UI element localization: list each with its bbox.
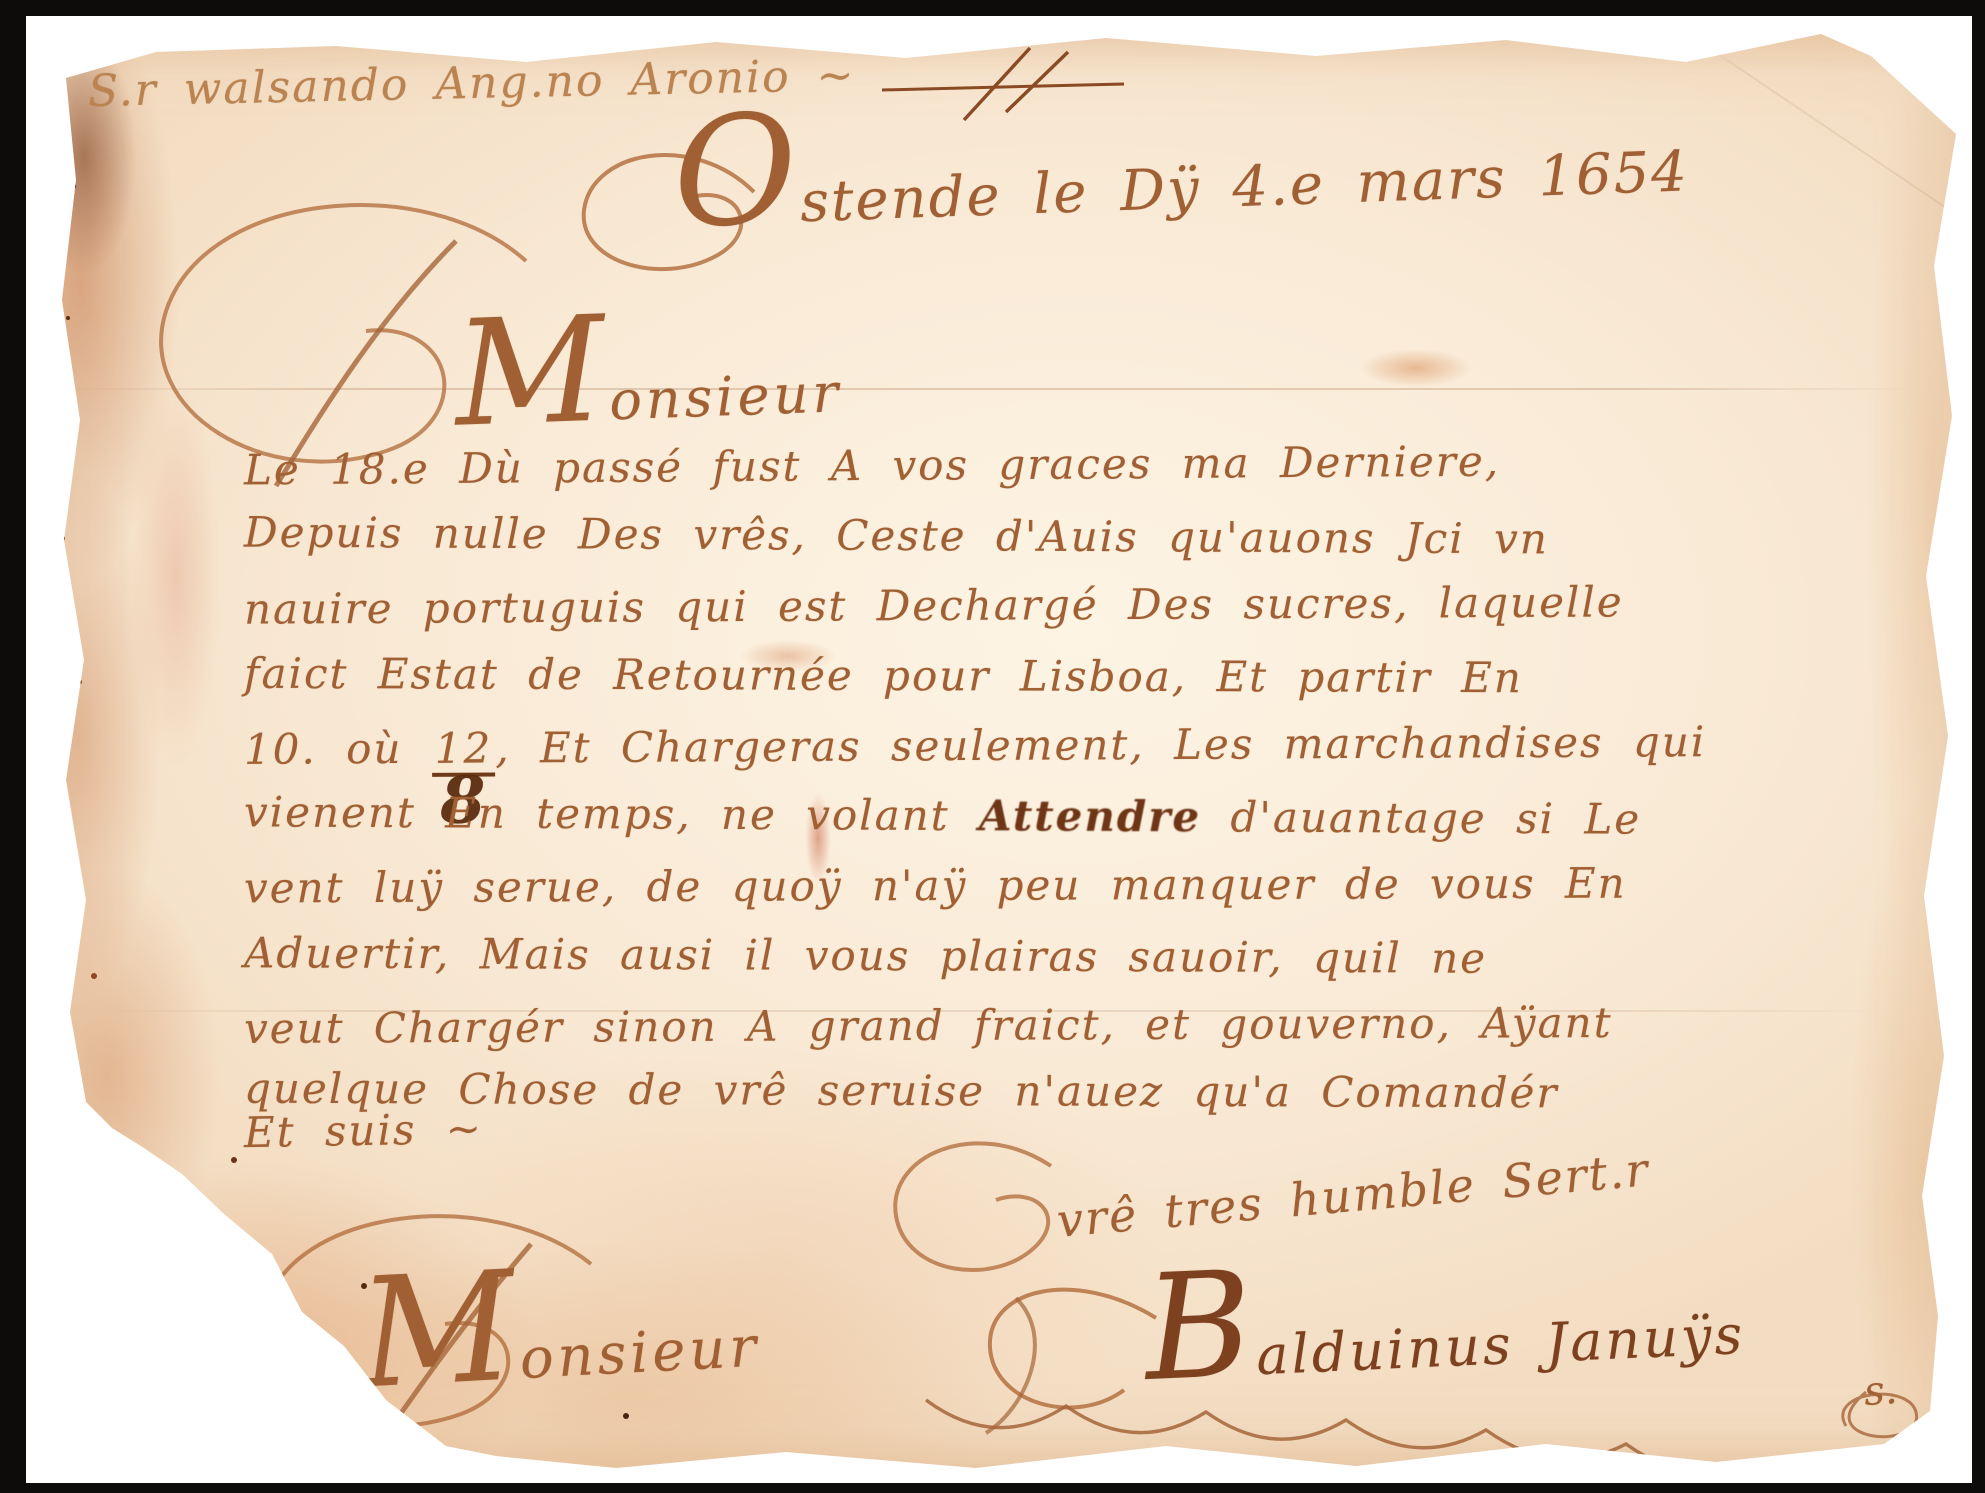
- scan-background: S.r walsando Ang.no Aronio ~ Ostende le …: [26, 16, 1972, 1483]
- body-line: vent luÿ serue, de quoÿ n'aÿ peu manquer…: [244, 861, 1627, 912]
- body-text: , Et Chargeras seulement, Les marchandis…: [495, 717, 1706, 772]
- body-line: Et suis ~: [244, 1106, 484, 1156]
- paper-specks: [26, 16, 30, 20]
- body-line: Aduertir, Mais ausi il vous plairas sauo…: [244, 930, 1487, 982]
- body-text: vienent En temps, ne volant: [244, 787, 979, 840]
- closing-flourish: [866, 1136, 1066, 1300]
- signature-underline: [926, 1382, 1936, 1486]
- body-line: nauire portuguis qui est Dechargé Des su…: [244, 579, 1624, 632]
- salutation: Monsieur: [455, 361, 843, 437]
- scanned-letter: S.r walsando Ang.no Aronio ~ Ostende le …: [0, 0, 1985, 1493]
- overwritten-word: Attendre: [979, 791, 1201, 841]
- number-correction: 128: [432, 726, 496, 773]
- body-text: 10. où: [244, 724, 432, 774]
- body-line: veut Chargér sinon A grand fraict, et go…: [244, 1000, 1613, 1052]
- merchant-mark: [878, 42, 1128, 130]
- body-text: d'auantage si Le: [1201, 792, 1641, 843]
- body-line-with-overwrite: vienent En temps, ne volant Attendre d'a…: [244, 789, 1641, 843]
- body-line-with-correction: 10. où 128, Et Chargeras seulement, Les …: [244, 719, 1706, 773]
- body-line: Depuis nulle Des vrês, Ceste d'Auis qu'a…: [244, 510, 1549, 563]
- letter-paper: S.r walsando Ang.no Aronio ~ Ostende le …: [26, 16, 1972, 1483]
- body-line: faict Estat de Retournée pour Lisboa, Et…: [244, 651, 1523, 702]
- body-line: Le 18.e Dù passé fust A vos graces ma De…: [244, 439, 1500, 494]
